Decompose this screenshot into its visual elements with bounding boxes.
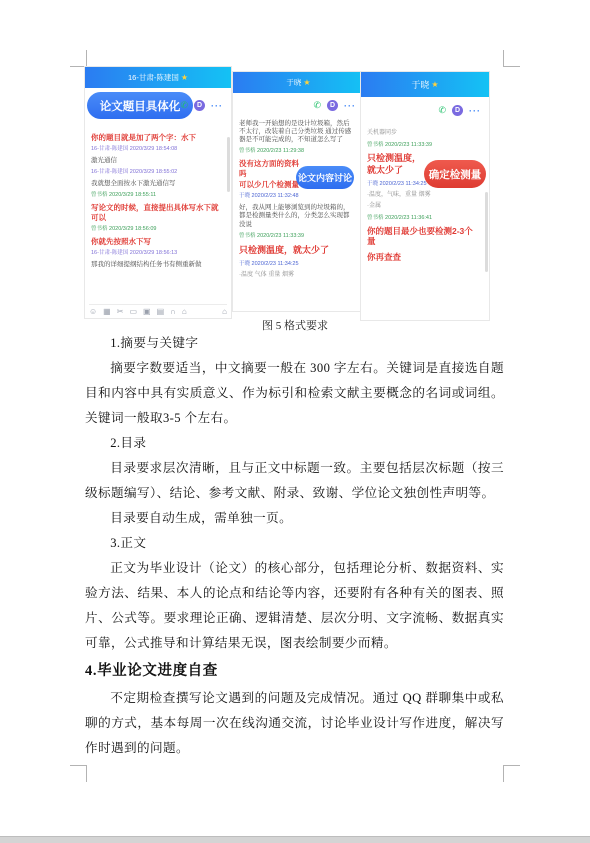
- crop-mark-top-right: [503, 50, 520, 67]
- chat-timestamp: 曾书格 2020/3/29 18:55:11: [91, 192, 222, 199]
- mic-icon: ⌂: [222, 307, 227, 316]
- paragraph-abstract-title: 1.摘要与关键字: [85, 331, 504, 356]
- chat-title: 于晓: [411, 78, 429, 91]
- chat-message: 你的题目最少也要检测2-3个量: [367, 226, 480, 247]
- chat-message: 你就先按照水下写: [91, 237, 222, 246]
- chat-message: ·温度，气味，重量 烟雾: [367, 192, 480, 200]
- chat-title: 于晓: [286, 77, 301, 88]
- video-call-icon: D: [327, 100, 338, 111]
- call-icon-row: ✆ D ···: [180, 100, 223, 111]
- picture-icon: ▤: [157, 307, 165, 316]
- message-list: 你的题目就是加了两个字：水下 16-甘肃-陈建国 2020/3/29 18:54…: [91, 133, 222, 273]
- chat-timestamp: 16-甘肃-陈建国 2020/3/29 18:54:08: [91, 146, 222, 153]
- phone-icon: ✆: [438, 105, 446, 116]
- chat-message: 你再查查: [367, 252, 480, 263]
- call-icon-row: ✆ D ···: [438, 105, 481, 116]
- paragraph-toc-title: 2.目录: [85, 431, 504, 456]
- chat-topic-bubble: 论文题目具体化: [87, 92, 193, 119]
- chat-title: 16-甘肃-陈建国: [128, 72, 179, 83]
- chat-message: 你的题目就是加了两个字：水下: [91, 133, 222, 142]
- paragraph-toc-body: 目录要求层次清晰，且与正文中标题一致。主要包括层次标题（按三级标题编写）、结论、…: [85, 456, 504, 506]
- scrollbar: [485, 192, 488, 272]
- paragraph-abstract-body: 摘要字数要适当，中文摘要一般在 300 字左右。关键词是直接选自题目和内容中具有…: [85, 356, 504, 431]
- chat-panel-3: 于晓 ★ ✆ D ··· 关机器同步 曾书格 2020/2/23 11:33:3…: [361, 72, 489, 320]
- message-list: 老师我一开始想的是设计垃圾箱，然后不太行，改装着自己分类垃圾 通过传感器是不可能…: [239, 120, 355, 283]
- chat-timestamp: 曾书格 2020/2/23 11:29:38: [239, 148, 355, 155]
- chat-message: 没有这方面的资料吗: [239, 159, 301, 178]
- confirm-bubble: 确定检测量: [424, 160, 486, 188]
- chat-title-bar: 16-甘肃-陈建国 ★: [85, 67, 231, 88]
- more-icon: ···: [344, 101, 356, 111]
- phone-icon: ✆: [313, 100, 321, 111]
- more-icon: ···: [211, 101, 223, 111]
- chat-message: ·温度 气体 重量 烟雾: [239, 272, 355, 280]
- paragraph-main-title: 3.正文: [85, 531, 504, 556]
- chat-message: 激光通信: [91, 157, 222, 165]
- phone-icon: ✆: [180, 100, 188, 111]
- chat-message: 只检测温度，就太少了: [239, 245, 355, 256]
- section-heading-progress-check: 4.毕业论文进度自查: [85, 656, 504, 686]
- chat-timestamp: 曾书格 2020/2/23 11:33:39: [239, 233, 355, 240]
- crop-mark-bottom-left: [70, 765, 87, 782]
- emoji-icon: ☺: [89, 307, 97, 316]
- crop-mark-bottom-right: [503, 765, 520, 782]
- call-icon-row: ✆ D ···: [313, 100, 356, 111]
- chat-message: 只检测温度，就太少了: [367, 153, 429, 176]
- bell-icon: ∩: [170, 307, 176, 316]
- video-call-icon: D: [194, 100, 205, 111]
- file-icon: ▭: [129, 307, 137, 316]
- message-list: 关机器同步 曾书格 2020/2/23 11:33:39 只检测温度，就太少了 …: [367, 130, 480, 267]
- chat-message: 好，我从网上能够浏览到的垃圾箱的，都是检测量类什么的，分类怎么实现都没说: [239, 204, 355, 228]
- chat-message: 关机器同步: [367, 130, 480, 138]
- chat-timestamp: 16-甘肃-陈建国 2020/3/29 18:55:02: [91, 169, 222, 176]
- scissors-icon: ✂: [117, 307, 124, 316]
- chat-topic-bubble: 论文内容讨论: [296, 166, 354, 189]
- chat-input-toolbar: ☺ ▦ ✂ ▭ ▣ ▤ ∩ ⌂ ⌂: [89, 304, 227, 316]
- video-call-icon: D: [452, 105, 463, 116]
- chat-message: 那我的详细提纲结构任务书有侧重新做: [91, 261, 222, 269]
- chat-panel-1: 16-甘肃-陈建国 ★ 论文题目具体化 ✆ D ··· 你的题目就是加了两个字：…: [85, 67, 231, 318]
- image-icon: ▦: [103, 307, 111, 316]
- document-page: 16-甘肃-陈建国 ★ 论文题目具体化 ✆ D ··· 你的题目就是加了两个字：…: [0, 0, 590, 843]
- page-bottom-edge: [0, 836, 590, 843]
- star-icon: ★: [303, 78, 310, 87]
- chat-timestamp: 16-甘肃-陈建国 2020/3/29 18:56:13: [91, 250, 222, 257]
- star-icon: ★: [431, 80, 438, 89]
- chat-timestamp: 于晓 2020/2/23 11:32:48: [239, 193, 355, 200]
- chat-title-bar: 于晓 ★: [233, 72, 364, 93]
- chat-message: 我就想全面按水下激光通信写: [91, 180, 222, 188]
- chat-title-bar: 于晓 ★: [361, 72, 489, 97]
- app-icon: ⌂: [182, 307, 187, 316]
- chat-timestamp: 曾书格 2020/2/23 11:33:39: [367, 142, 480, 149]
- chat-timestamp: 曾书格 2020/3/29 18:56:09: [91, 226, 222, 233]
- scrollbar: [227, 137, 230, 192]
- document-text: 1.摘要与关键字 摘要字数要适当，中文摘要一般在 300 字左右。关键词是直接选…: [85, 331, 504, 761]
- chat-panel-2: 于晓 ★ ✆ D ··· 老师我一开始想的是设计垃圾箱，然后不太行，改装着自己分…: [233, 72, 364, 311]
- more-icon: ···: [469, 106, 481, 116]
- crop-mark-top-left: [70, 50, 87, 67]
- screenshot-icon: ▣: [143, 307, 151, 316]
- star-icon: ★: [181, 73, 188, 82]
- chat-message: ·金属: [367, 203, 480, 211]
- chat-timestamp: 于晓 2020/2/23 11:34:25: [239, 261, 355, 268]
- chat-message: 老师我一开始想的是设计垃圾箱，然后不太行，改装着自己分类垃圾 通过传感器是不可能…: [239, 120, 355, 144]
- paragraph-toc-note: 目录要自动生成，需单独一页。: [85, 506, 504, 531]
- chat-timestamp: 曾书格 2020/2/23 11:36:41: [367, 215, 480, 222]
- chat-message: 写论文的时候，直接提出具体写水下就可以: [91, 203, 222, 222]
- paragraph-main-body: 正文为毕业设计（论文）的核心部分，包括理论分析、数据资料、实验方法、结果、本人的…: [85, 556, 504, 656]
- paragraph-progress-body: 不定期检查撰写论文遇到的问题及完成情况。通过 QQ 群聊集中或私聊的方式，基本每…: [85, 686, 504, 761]
